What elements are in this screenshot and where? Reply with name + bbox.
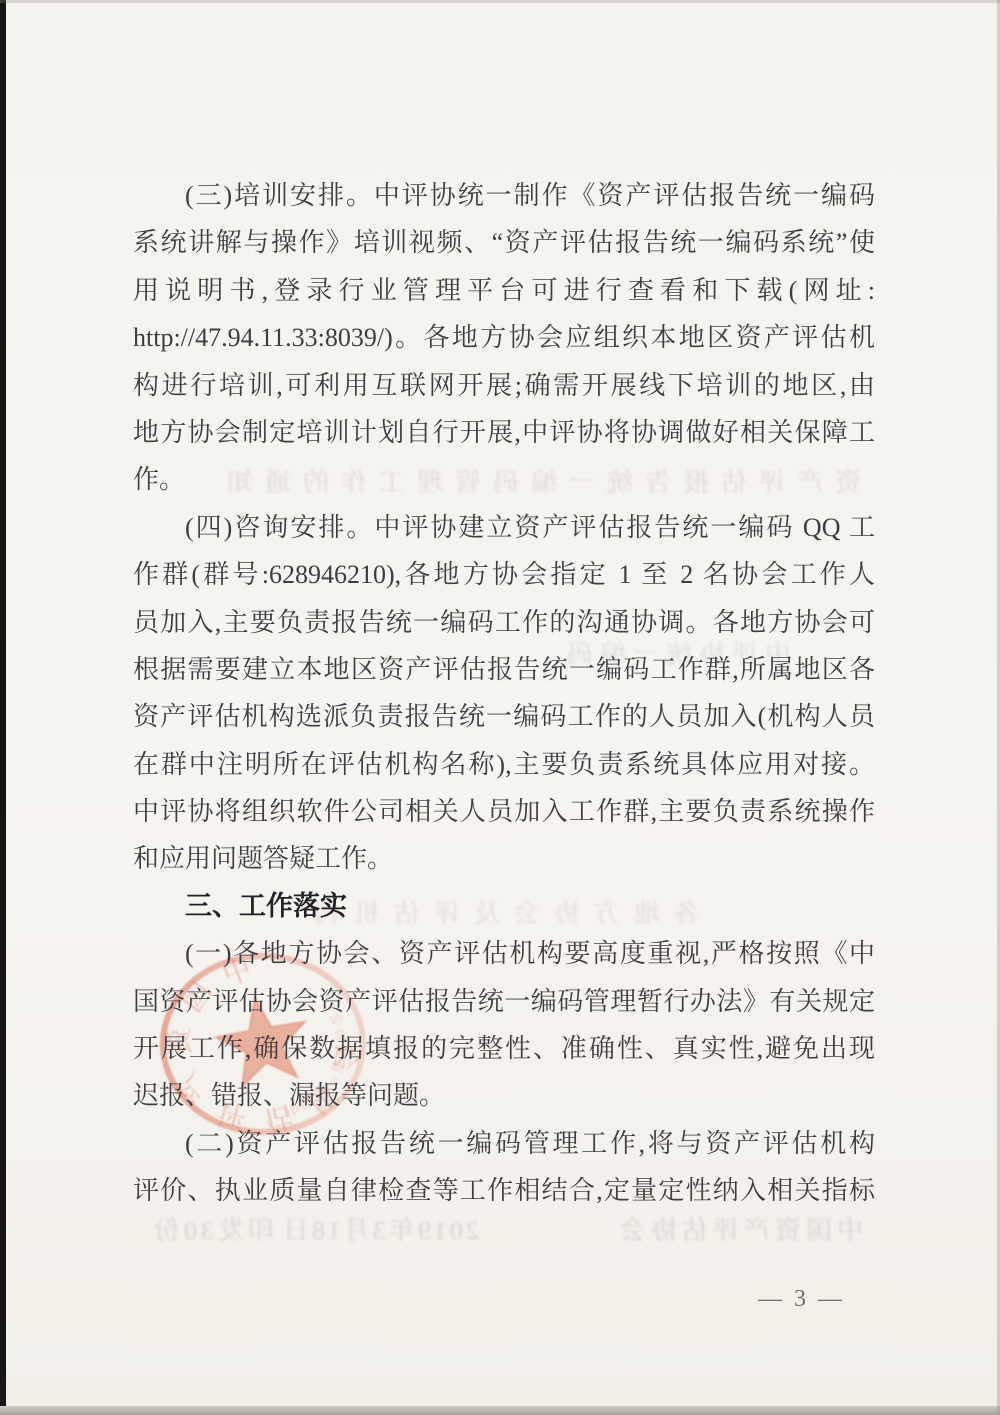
bleedthrough-text: 中国资产评估协会 <box>615 1210 863 1247</box>
text-line: 用说明书,登录行业管理平台可进行查看和下载(网址: <box>133 267 875 314</box>
text-line: 根据需要建立本地区资产评估报告统一编码工作群,所属地区各 <box>133 646 875 693</box>
text-line: 地方协会制定培训计划自行开展,中评协将协调做好相关保障工 <box>133 409 875 456</box>
text-line: (三)培训安排。中评协统一制作《资产评估报告统一编码 <box>133 172 875 219</box>
text-line: (二)资产评估报告统一编码管理工作,将与资产评估机构 <box>133 1120 875 1167</box>
text-line: 国资产评估协会资产评估报告统一编码管理暂行办法》有关规定 <box>133 978 875 1025</box>
bleedthrough-text: 印发30份 <box>150 1210 274 1247</box>
text-line: 在群中注明所在评估机构名称),主要负责系统具体应用对接。 <box>133 741 875 788</box>
text-line: (一)各地方协会、资产评估机构要高度重视,严格按照《中 <box>133 930 875 977</box>
text-line: 中评协将组织软件公司相关人员加入工作群,主要负责系统操作 <box>133 788 875 835</box>
text-line: (四)咨询安排。中评协建立资产评估报告统一编码 QQ 工 <box>133 504 875 551</box>
text-line: 和应用问题答疑工作。 <box>133 835 875 882</box>
bleedthrough-text: 2019年3月18日 <box>280 1210 479 1247</box>
text-line: 系统讲解与操作》培训视频、“资产评估报告统一编码系统”使 <box>133 219 875 266</box>
text-line: 资产评估机构选派负责报告统一编码工作的人员加入(机构人员 <box>133 693 875 740</box>
text-line: http://47.94.11.33:8039/)。各地方协会应组织本地区资产评… <box>133 314 875 361</box>
text-line: 员加入,主要负责报告统一编码工作的沟通协调。各地方协会可 <box>133 599 875 646</box>
scanned-page: 资产评估报告统一编码管理工作的通知 中评协统一编码 各地方协会及评估机构 印发3… <box>0 0 1000 1415</box>
text-line: 迟报、错报、漏报等问题。 <box>133 1072 875 1119</box>
text-line: 构进行培训,可利用互联网开展;确需开展线下培训的地区,由 <box>133 362 875 409</box>
scan-edge-top <box>0 0 1000 3</box>
text-line: 评价、执业质量自律检查等工作相结合,定量定性纳入相关指标 <box>133 1167 875 1214</box>
scan-edge-bottom <box>0 1406 1000 1415</box>
text-line: 作。 <box>133 456 875 503</box>
page-number: — 3 — <box>758 1286 845 1313</box>
document-body: (三)培训安排。中评协统一制作《资产评估报告统一编码 系统讲解与操作》培训视频、… <box>133 172 875 1215</box>
text-line: 作群(群号:628946210),各地方协会指定 1 至 2 名协会工作人 <box>133 551 875 598</box>
text-line: 开展工作,确保数据填报的完整性、准确性、真实性,避免出现 <box>133 1025 875 1072</box>
section-heading: 三、工作落实 <box>133 883 875 930</box>
scan-edge-left <box>0 0 6 1415</box>
